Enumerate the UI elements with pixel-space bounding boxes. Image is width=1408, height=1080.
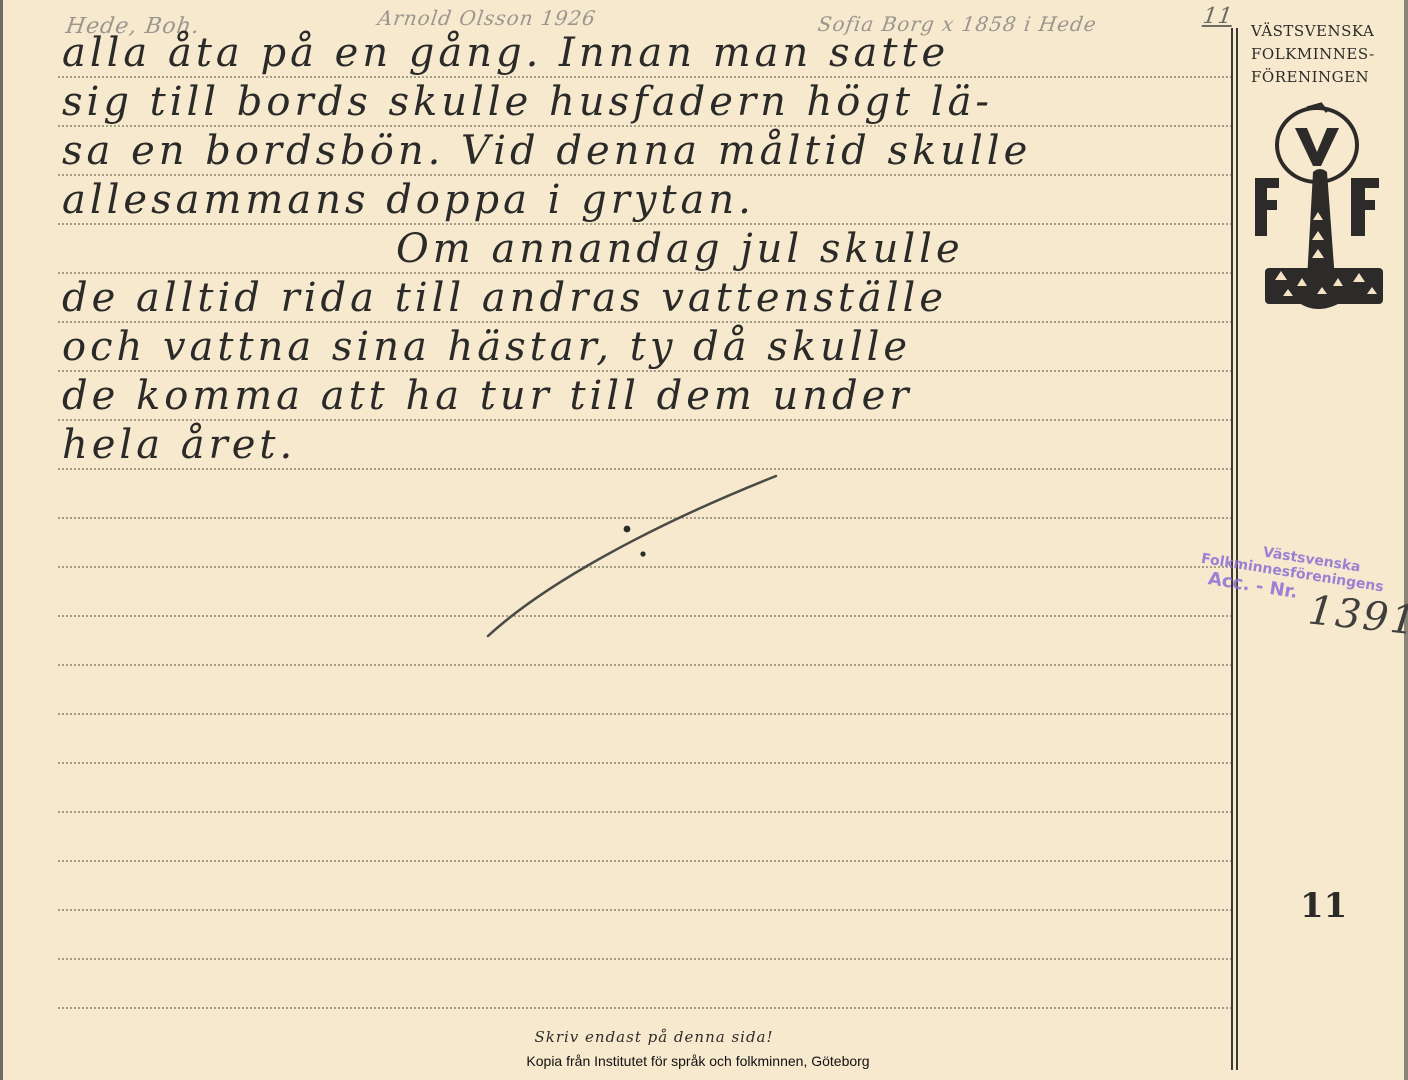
ruled-line — [58, 860, 1232, 862]
scan-edge-right — [1404, 0, 1408, 1080]
hand-line-1: alla åta på en gång. Innan man satte — [62, 30, 949, 76]
organization-header: VÄSTSVENSKA FOLKMINNES- FÖRENINGEN — [1251, 20, 1401, 89]
hand-line-5: Om annandag jul skulle — [396, 226, 964, 272]
vff-hammer-logo-icon: V — [1255, 100, 1390, 315]
copy-notice: Kopia från Institutet för språk och folk… — [0, 1053, 1402, 1069]
document-page: Hede, Boh. Arnold Olsson 1926 Sofia Borg… — [0, 0, 1408, 1080]
end-stroke-mark — [480, 470, 780, 650]
ruled-line — [58, 174, 1232, 176]
ruled-line — [58, 321, 1232, 323]
ruled-line — [58, 958, 1232, 960]
ruled-line — [58, 76, 1232, 78]
scan-edge-left — [0, 0, 3, 1080]
collector-note: Arnold Olsson 1926 — [376, 6, 597, 30]
accession-number: 1391 — [1306, 587, 1408, 644]
ruled-line — [58, 664, 1232, 666]
hand-line-7: och vattna sina hästar, ty då skulle — [62, 324, 911, 370]
printed-page-number: 11 — [1300, 886, 1347, 926]
ruled-line — [58, 125, 1232, 127]
hand-line-9: hela året. — [62, 422, 296, 468]
hand-line-8: de komma att ha tur till dem under — [62, 373, 912, 419]
ruled-line — [58, 713, 1232, 715]
hand-line-4: allesammans doppa i grytan. — [62, 177, 755, 223]
ruled-line — [58, 811, 1232, 813]
ruled-line — [58, 909, 1232, 911]
ruled-line — [58, 1007, 1232, 1009]
footer-instruction: Skriv endast på denna sida! — [0, 1028, 1358, 1046]
ruled-line — [58, 272, 1232, 274]
ruled-line — [58, 419, 1232, 421]
org-line-2: FOLKMINNES- — [1251, 43, 1401, 66]
hand-line-2: sig till bords skulle husfadern högt lä- — [62, 79, 993, 125]
org-line-1: VÄSTSVENSKA — [1251, 20, 1401, 43]
ruled-line — [58, 370, 1232, 372]
ruled-line — [58, 762, 1232, 764]
org-line-3: FÖRENINGEN — [1251, 66, 1401, 89]
page-number-note: 11 — [1201, 4, 1235, 29]
ruled-line — [58, 223, 1232, 225]
hand-line-3: sa en bordsbön. Vid denna måltid skulle — [62, 128, 1031, 174]
hand-line-6: de alltid rida till andras vattenställe — [62, 275, 947, 321]
